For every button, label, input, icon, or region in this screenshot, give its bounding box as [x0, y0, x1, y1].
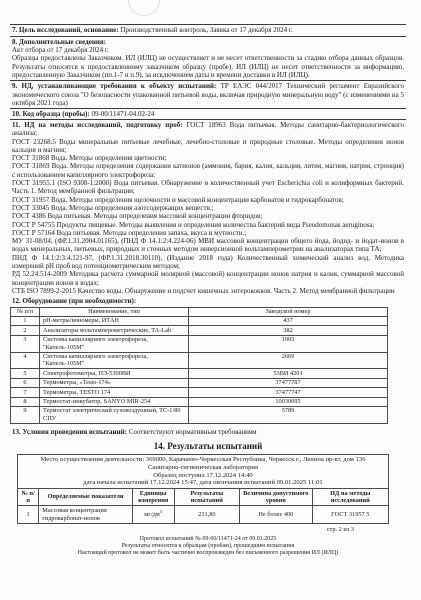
page-content: 7. Цель исследований, основание: Произво… [10, 24, 406, 557]
results-info-row: Место осуществления деятельности: 369000… [18, 455, 389, 489]
results-info-cell: Место осуществления деятельности: 369000… [18, 455, 389, 489]
result-method-cell: ГОСТ 31957 5 [312, 506, 388, 524]
page-number: стр. 2 из 3 [10, 526, 354, 534]
method-entry: ГОСТ 33045 Вода. Методы определения азот… [12, 204, 404, 212]
equipment-row: 7 Термометры, TESTO 174 37477747 [11, 388, 388, 397]
equipment-name-cell: pH-метры/иономеры, ИТАН [40, 316, 189, 325]
equipment-num-cell: 5 [11, 369, 40, 378]
equipment-name-cell: Системы капиллярного электрофореза, "Кап… [40, 335, 189, 352]
equipment-row: 2 Анализаторы вольтамперометрические, TA… [11, 326, 388, 335]
section-9-label: 9. НД, устанавливающие требования к объе… [12, 82, 216, 90]
method-entry: ГОСТ 4386 Вода питьевая. Методы определе… [12, 212, 404, 220]
section-11-label: 11. НД на методы исследований, подготовк… [12, 121, 183, 129]
methods-list: ГОСТ 23268.5 Воды минеральные питьевые л… [12, 138, 404, 296]
results-header-row: № п/п Определяемые показатели Единицы из… [18, 489, 389, 506]
results-table: Место осуществления деятельности: 369000… [17, 454, 389, 524]
method-entry: ГОСТ 23268.5 Воды минеральные питьевые л… [12, 138, 404, 155]
equipment-row: 1 pH-метры/иономеры, ИТАН 437 [11, 316, 388, 325]
equipment-name-cell: Термометры, TESTO 174 [40, 388, 189, 397]
equipment-num-cell: 9 [11, 406, 40, 423]
unit-superscript: 3 [160, 509, 162, 514]
equipment-num-cell: 4 [11, 352, 40, 369]
section-10-sample-code: 10. Код образца (пробы): 09-00/11471-04.… [10, 109, 406, 120]
equipment-num-cell: 8 [11, 397, 40, 406]
section-7-text: Производственный контроль, Заявка от 17 … [120, 26, 292, 34]
section-8-line: Образцы предоставлены Заказчиком. ИЛ (ИЛ… [10, 54, 406, 79]
section-11-methods: 11. НД на методы исследований, подготовк… [10, 120, 406, 295]
method-entry: СТБ ISO 7899-2-2015 Качество воды. Обнар… [12, 287, 404, 295]
equipment-row: 5 Спектрофотометры, ПЭ-5300ВИ 53ВИ 4201 [11, 369, 388, 378]
section-12-label: 12. Оборудование (при необходимости): [10, 295, 406, 306]
section-7-label: 7. Цель исследований, основание: [12, 26, 119, 34]
equipment-serial-cell: 37477787 [189, 378, 388, 387]
sample-code-value: 09-00/11471-04.02-24 [91, 110, 154, 118]
equipment-serial-cell: 10030095 [189, 397, 388, 406]
equipment-header-num: № п/п [11, 307, 40, 316]
results-header-unit: Единицы измерения [132, 489, 174, 506]
section-8-lines: Акт отбора от 17 декабря 2024 г.Образцы … [10, 46, 406, 79]
results-header-num: № п/п [18, 489, 39, 506]
equipment-serial-cell: 53ВИ 4201 [189, 369, 388, 378]
equipment-name-cell: Спектрофотометры, ПЭ-5300ВИ [40, 369, 189, 378]
equipment-name-cell: Термостат-инкубатор, SANYO MIR-254 [40, 397, 189, 406]
equipment-row: 6 Термометры, «Testo-174» 37477787 [11, 378, 388, 387]
equipment-serial-cell: 437 [189, 316, 388, 325]
section-13-text: Соответствуют нормативным требованиям [129, 428, 257, 436]
results-info-line: дата начала испытаний 17.12.2024 15:47, … [22, 479, 384, 487]
results-title: 14. Результаты испытаний [10, 441, 406, 451]
results-row: 1 Массовая концентрация гидрокарбонат-ио… [18, 506, 389, 524]
footer-line: Настоящий протокол не может быть частичн… [10, 550, 406, 557]
equipment-row: 3 Системы капиллярного электрофореза, "К… [11, 335, 388, 352]
footer: Протокол испытаний № 09-00/11471-24 от 0… [10, 536, 406, 557]
section-7-purpose: 7. Цель исследований, основание: Произво… [10, 24, 406, 37]
method-entry: ГОСТ Р 57164 Вода питьевая. Методы опред… [12, 229, 404, 237]
equipment-row: 4 Системы капиллярного электрофореза, "К… [11, 352, 388, 369]
result-num-cell: 1 [18, 506, 39, 524]
equipment-header-serial: Заводской номер [189, 307, 388, 316]
section-8-line: Акт отбора от 17 декабря 2024 г. [10, 46, 406, 54]
equipment-num-cell: 1 [11, 316, 40, 325]
equipment-name-cell: Термометры, «Testo-174» [40, 378, 189, 387]
results-header-result: Результаты испытаний [174, 489, 239, 506]
equipment-name-cell: Анализаторы вольтамперометрические, TA-L… [40, 326, 189, 335]
section-9-requirements: 9. НД, устанавливающие требования к объе… [10, 80, 406, 109]
results-info-line: Образец поступил 17.12.2024 14:40 [22, 472, 384, 480]
equipment-serial-cell: 2669 [189, 352, 388, 369]
section-13-conditions: 13. Условия проведения испытаний: Соотве… [10, 428, 406, 436]
result-unit-cell: мг/дм3 [132, 506, 174, 524]
equipment-name-cell: Термостат электрический суховоздушный, Т… [40, 406, 189, 423]
method-entry: ГОСТ 31957 Вода. Методы определения щело… [12, 196, 404, 204]
equipment-num-cell: 7 [11, 388, 40, 397]
stamp-arc-icon [128, 0, 160, 16]
method-entry: ГОСТ 31869 Вода. Методы определения соде… [12, 162, 404, 179]
method-entry: ГОСТ 31955.1 (ISO 9308-1:2000) Вода пить… [12, 179, 404, 196]
equipment-header-row: № п/п Наименование, тип Заводской номер [11, 307, 388, 316]
method-entry: РД 52.24.514-2009 Методика расчета сумма… [12, 270, 404, 287]
equipment-serial-cell: 37477747 [189, 388, 388, 397]
section-13-label: 13. Условия проведения испытаний: [12, 428, 127, 436]
equipment-table: № п/п Наименование, тип Заводской номер … [10, 307, 388, 424]
equipment-row: 8 Термостат-инкубатор, SANYO MIR-254 100… [11, 397, 388, 406]
method-entry: ГОСТ 31868 Вода. Методы определения цвет… [12, 154, 404, 162]
results-header-method: НД на методы исследований [312, 489, 388, 506]
protocol-page: 7. Цель исследований, основание: Произво… [0, 0, 421, 600]
equipment-serial-cell: 5789 [189, 406, 388, 423]
equipment-header-name: Наименование, тип [40, 307, 189, 316]
result-value-cell: 231,80 [174, 506, 239, 524]
method-entry: МУ 31-08/04, (ФР.1.31.2004.01165), (ПНД … [12, 237, 404, 254]
results-header-indicator: Определяемые показатели [39, 489, 132, 506]
result-indicator-cell: Массовая концентрация гидрокарбонат-ионо… [39, 506, 132, 524]
equipment-row: 9 Термостат электрический суховоздушный,… [11, 406, 388, 423]
equipment-num-cell: 3 [11, 335, 40, 352]
equipment-serial-cell: 382 [189, 326, 388, 335]
equipment-serial-cell: 1005 [189, 335, 388, 352]
result-allowed-cell: Не более 400 [240, 506, 313, 524]
results-header-allowed: Величина допустимого уровня [240, 489, 313, 506]
results-info-line: Место осуществления деятельности: 369000… [22, 456, 384, 464]
equipment-num-cell: 2 [11, 326, 40, 335]
equipment-num-cell: 6 [11, 378, 40, 387]
method-entry: ГОСТ Р 54755 Продукты пищевые. Методы вы… [12, 221, 404, 229]
equipment-name-cell: Системы капиллярного электрофореза, "Кап… [40, 352, 189, 369]
section-8-label: 8. Дополнительные сведения: [10, 37, 406, 46]
section-10-label: 10. Код образца (пробы): [12, 110, 90, 118]
results-info-line: Санитарно-гигиеническая лаборатория [22, 464, 384, 472]
method-entry: ПНД Ф 14.1:2:3:4.121-97, (ФР.1.31.2018.3… [12, 254, 404, 271]
